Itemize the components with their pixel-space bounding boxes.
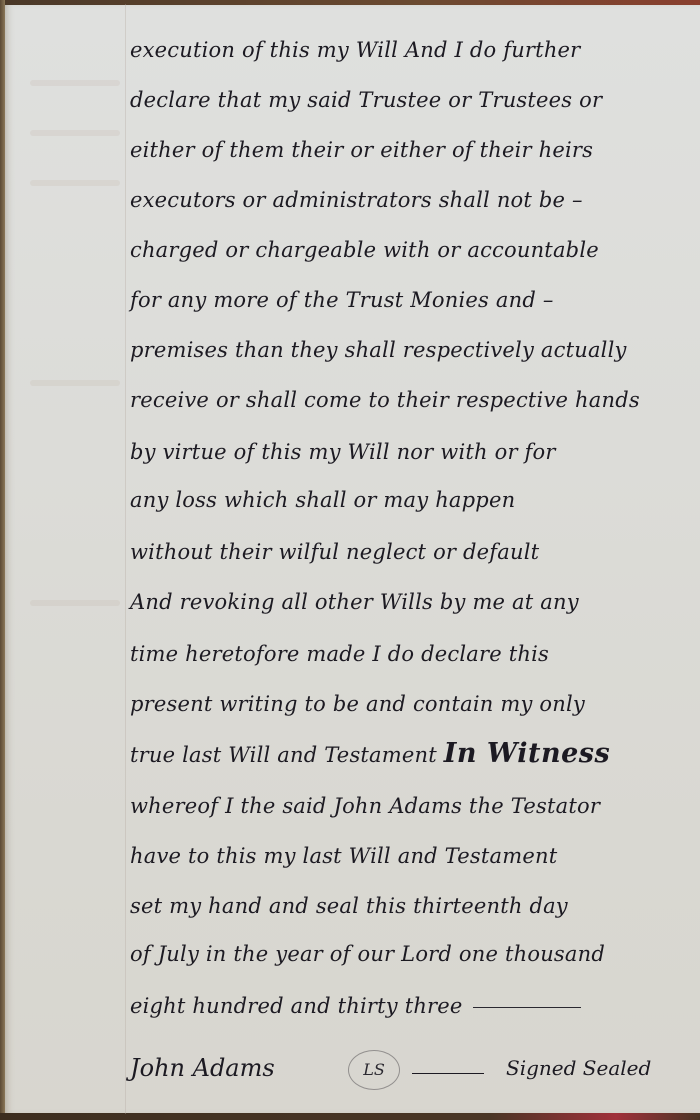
text-line: charged or chargeable with or accountabl… bbox=[130, 238, 599, 262]
seal-ls-circle: LS bbox=[348, 1050, 400, 1090]
text-line: any loss which shall or may happen bbox=[130, 488, 515, 512]
text-line-part: true last Will and Testament bbox=[130, 743, 444, 767]
testator-signature: John Adams bbox=[130, 1054, 275, 1082]
in-witness-heading: In Witness bbox=[444, 738, 610, 769]
signature-block: John Adams LS Signed Sealed bbox=[130, 1050, 690, 1090]
text-line: set my hand and seal this thirteenth day bbox=[130, 894, 568, 918]
attestation-text: Signed Sealed bbox=[506, 1056, 651, 1080]
text-line: for any more of the Trust Monies and – bbox=[130, 288, 554, 312]
binding-edge bbox=[0, 0, 5, 1120]
ink-bleed-through bbox=[30, 130, 120, 136]
text-line: have to this my last Will and Testament bbox=[130, 844, 557, 868]
text-line: either of them their or either of their … bbox=[130, 138, 593, 162]
text-line: of July in the year of our Lord one thou… bbox=[130, 942, 605, 966]
text-line-part: eight hundred and thirty three bbox=[130, 994, 463, 1018]
ink-bleed-through bbox=[30, 380, 120, 386]
ink-bleed-through bbox=[30, 180, 120, 186]
text-line-in-witness: true last Will and Testament In Witness bbox=[130, 738, 610, 769]
page-bottom-edge bbox=[0, 1113, 700, 1120]
text-line: receive or shall come to their respectiv… bbox=[130, 388, 640, 412]
text-line: by virtue of this my Will nor with or fo… bbox=[130, 440, 556, 464]
page-top-edge bbox=[0, 0, 700, 5]
text-line: And revoking all other Wills by me at an… bbox=[130, 590, 579, 614]
document-page: execution of this my Will And I do furth… bbox=[0, 0, 700, 1120]
text-line: premises than they shall respectively ac… bbox=[130, 338, 627, 362]
text-line-final: eight hundred and thirty three bbox=[130, 994, 581, 1018]
text-line: without their wilful neglect or default bbox=[130, 540, 539, 564]
line-filler-rule bbox=[473, 1007, 581, 1008]
ink-bleed-through bbox=[30, 600, 120, 606]
text-line: time heretofore made I do declare this bbox=[130, 642, 549, 666]
ink-bleed-through bbox=[30, 80, 120, 86]
text-line: declare that my said Trustee or Trustees… bbox=[130, 88, 602, 112]
text-line: whereof I the said John Adams the Testat… bbox=[130, 794, 600, 818]
signature-rule bbox=[412, 1073, 484, 1074]
margin-line bbox=[125, 4, 126, 1114]
text-line: executors or administrators shall not be… bbox=[130, 188, 583, 212]
text-line: present writing to be and contain my onl… bbox=[130, 692, 585, 716]
text-line: execution of this my Will And I do furth… bbox=[130, 38, 580, 62]
